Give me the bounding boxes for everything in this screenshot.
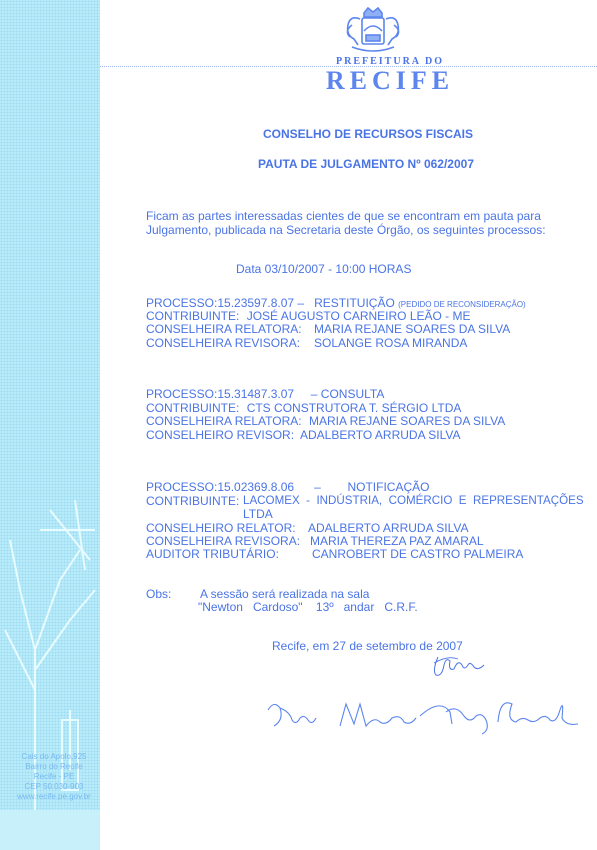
process-number: PROCESSO:15.31487.3.07 [146, 387, 294, 401]
address-cep: CEP 50.030-903 [0, 782, 108, 792]
row-value: MARIA REJANE SOARES DA SILVA [314, 322, 510, 336]
row-label: CONSELHEIRA REVISORA: [146, 336, 300, 350]
row-value: MARIA THEREZA PAZ AMARAL [310, 534, 484, 548]
session-date: Data 03/10/2007 - 10:00 HORAS [236, 262, 411, 276]
signature-lopes-icon [428, 651, 488, 679]
process-row: CONSELHEIRA RELATORA: MARIA REJANE SOARE… [146, 414, 505, 428]
process-type: – CONSULTA [311, 387, 385, 401]
row-label: CONSELHEIRA REVISORA: [146, 534, 300, 548]
obs-line-2: "Newton Cardoso" 13º andar C.R.F. [198, 600, 418, 614]
process-row: CONTRIBUINTE: JOSÉ AUGUSTO CARNEIRO LEÃO… [146, 309, 471, 323]
obs-line-1: A sessão será realizada na sala [200, 587, 369, 601]
council-title: CONSELHO DE RECURSOS FISCAIS [263, 127, 473, 141]
row-label: CONTRIBUINTE: [146, 494, 239, 508]
row-value: SOLANGE ROSA MIRANDA [314, 336, 467, 350]
process-type: RESTITUIÇÃO [314, 296, 395, 310]
row-label: CONSELHEIRO RELATOR: [146, 521, 296, 535]
row-value-continued: LTDA [243, 507, 273, 521]
row-value: ADALBERTO ARRUDA SILVA [308, 521, 469, 535]
process-row: CONSELHEIRO RELATOR: [146, 521, 296, 535]
process-number: PROCESSO:15.02369.8.06 [146, 480, 294, 494]
row-label: CONTRIBUINTE: [146, 401, 239, 415]
row-value: JOSÉ AUGUSTO CARNEIRO LEÃO - ME [247, 309, 471, 323]
process-row: CONTRIBUINTE: [146, 494, 239, 508]
address-website: www.recife.pe.gov.br [0, 792, 108, 802]
decorative-sidebar [0, 0, 100, 850]
process-row: CONSELHEIRA REVISORA: [146, 336, 300, 350]
address-street: Cais do Apolo,925 [0, 752, 108, 762]
address-district: Bairro do Recife [0, 762, 108, 772]
process-header: PROCESSO:15.31487.3.07 – CONSULTA [146, 387, 384, 401]
row-label: CONSELHEIRA RELATORA: [146, 322, 302, 336]
row-label: AUDITOR TRIBUTÁRIO: [146, 547, 279, 561]
process-header: PROCESSO:15.02369.8.06 – NOTIFICAÇÃO [146, 480, 429, 494]
row-value: CTS CONSTRUTORA T. SÉRGIO LTDA [247, 401, 462, 415]
process-row: CONSELHEIRA RELATORA: [146, 322, 302, 336]
process-type: – NOTIFICAÇÃO [314, 480, 429, 494]
row-value: MARIA REJANE SOARES DA SILVA [309, 414, 505, 428]
row-value: ADALBERTO ARRUDA SILVA [300, 428, 461, 442]
row-value: LACOMEX - INDÚSTRIA, COMÉRCIO E REPRESEN… [243, 494, 584, 507]
process-number: PROCESSO:15.23597.8.07 – [146, 296, 304, 310]
agenda-title: PAUTA DE JULGAMENTO Nº 062/2007 [258, 157, 474, 171]
footer-address: Cais do Apolo,925 Bairro do Recife Recif… [0, 752, 108, 802]
obs-label: Obs: [146, 587, 171, 601]
row-value: CANROBERT DE CASTRO PALMEIRA [312, 547, 523, 561]
row-label: CONSELHEIRO REVISOR: [146, 428, 294, 442]
signature-maria-thereza-amaral-icon [260, 690, 580, 740]
organization-name: RECIFE [300, 66, 480, 96]
coat-of-arms-icon [338, 5, 408, 55]
row-label: CONTRIBUINTE: [146, 309, 239, 323]
sidebar-footer-band [0, 810, 100, 850]
address-city: Recife - PE [0, 772, 108, 782]
process-header: PROCESSO:15.23597.8.07 – RESTITUIÇÃO (PE… [146, 296, 526, 310]
process-type-note: (PEDIDO DE RECONSIDERAÇÃO) [398, 300, 526, 309]
process-row: AUDITOR TRIBUTÁRIO: [146, 547, 279, 561]
process-row: CONSELHEIRA REVISORA: [146, 534, 300, 548]
intro-line-2: Julgamento, publicada na Secretaria dest… [146, 223, 546, 237]
process-row: CONTRIBUINTE: CTS CONSTRUTORA T. SÉRGIO … [146, 401, 461, 415]
intro-line-1: Ficam as partes interessadas cientes de … [146, 209, 541, 223]
row-label: CONSELHEIRA RELATORA: [146, 414, 302, 428]
process-row: CONSELHEIRO REVISOR: [146, 428, 294, 442]
